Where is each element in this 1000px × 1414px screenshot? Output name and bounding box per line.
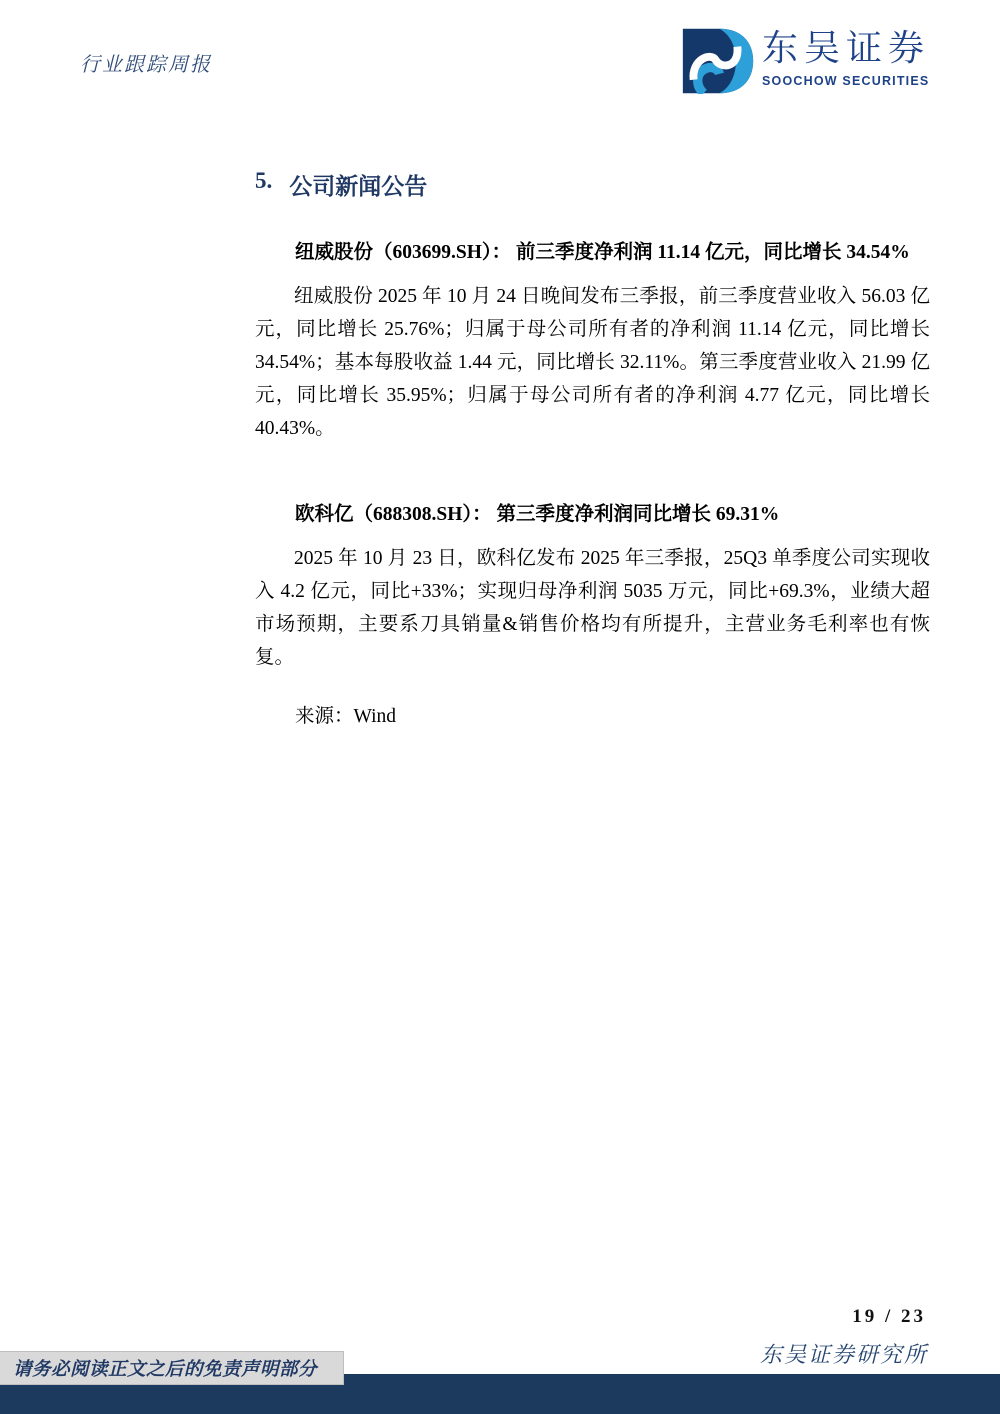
logo-name-cn: 东吴证券 (762, 28, 930, 68)
soochow-logo-icon (682, 28, 754, 99)
article-heading: 欧科亿（688308.SH）： 第三季度净利润同比增长 69.31% (295, 503, 930, 527)
section-number: 5. (255, 168, 272, 201)
section-heading: 5. 公司新闻公告 (255, 168, 930, 201)
disclaimer-text: 请务必阅读正文之后的免责声明部分 (13, 1355, 317, 1381)
page-number: 19 / 23 (852, 1306, 926, 1328)
logo-name-en: SOOCHOW SECURITIES (762, 74, 929, 88)
source-line: 来源：Wind (295, 700, 930, 728)
report-type-label: 行业跟踪周报 (80, 48, 212, 77)
news-article-okeyi: 欧科亿（688308.SH）： 第三季度净利润同比增长 69.31% 2025 … (255, 503, 930, 674)
news-article-newway: 纽威股份（603699.SH）： 前三季度净利润 11.14 亿元，同比增长 3… (255, 241, 930, 445)
source-value: Wind (354, 706, 397, 727)
article-body: 2025 年 10 月 23 日，欧科亿发布 2025 年三季报，25Q3 单季… (255, 542, 930, 674)
section-title: 公司新闻公告 (289, 168, 427, 201)
report-page: 行业跟踪周报 东吴证券 SOOCHOW SECURITIES 5. 公司新闻公告… (0, 0, 1000, 1414)
main-content: 5. 公司新闻公告 纽威股份（603699.SH）： 前三季度净利润 11.14… (255, 168, 930, 728)
disclaimer-box: 请务必阅读正文之后的免责声明部分 (0, 1351, 344, 1385)
soochow-logo: 东吴证券 SOOCHOW SECURITIES (682, 28, 930, 99)
research-institute-label: 东吴证券研究所 (760, 1338, 928, 1369)
article-heading: 纽威股份（603699.SH）： 前三季度净利润 11.14 亿元，同比增长 3… (295, 241, 930, 265)
source-label: 来源： (295, 706, 354, 727)
logo-text: 东吴证券 SOOCHOW SECURITIES (762, 28, 930, 88)
article-body: 纽威股份 2025 年 10 月 24 日晚间发布三季报，前三季度营业收入 56… (255, 280, 930, 445)
